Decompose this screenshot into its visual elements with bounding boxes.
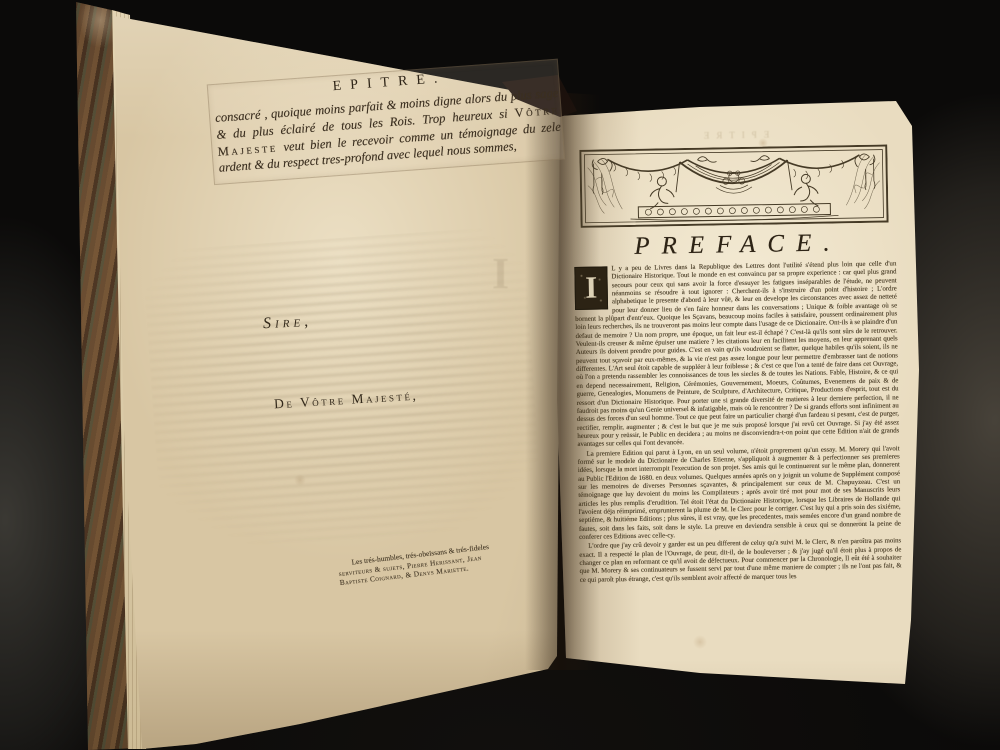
show-through-drop-cap: I bbox=[492, 248, 509, 299]
sire-salutation: Sire, bbox=[263, 313, 313, 334]
preface-paragraph: IL y a peu de Livres dans la Republique … bbox=[574, 260, 899, 449]
epitre-block: EPITRE. consacré , quoique moins parfait… bbox=[213, 63, 563, 177]
preface-paragraph-text: L y a peu de Livres dans la Republique d… bbox=[575, 260, 899, 448]
drop-cap: I bbox=[574, 266, 608, 310]
preface-paragraph: La premiere Edition qui parut à Lyon, en… bbox=[578, 445, 902, 542]
preface-paragraph: L'ordre que j'ay crû devoir y garder est… bbox=[579, 538, 902, 585]
preface-body: IL y a peu de Livres dans la Republique … bbox=[574, 260, 902, 585]
headpiece-engraving bbox=[579, 144, 888, 227]
preface-page-content: EPITRE bbox=[572, 127, 902, 585]
preface-title: PREFACE. bbox=[580, 228, 896, 262]
show-through-text bbox=[142, 225, 544, 557]
